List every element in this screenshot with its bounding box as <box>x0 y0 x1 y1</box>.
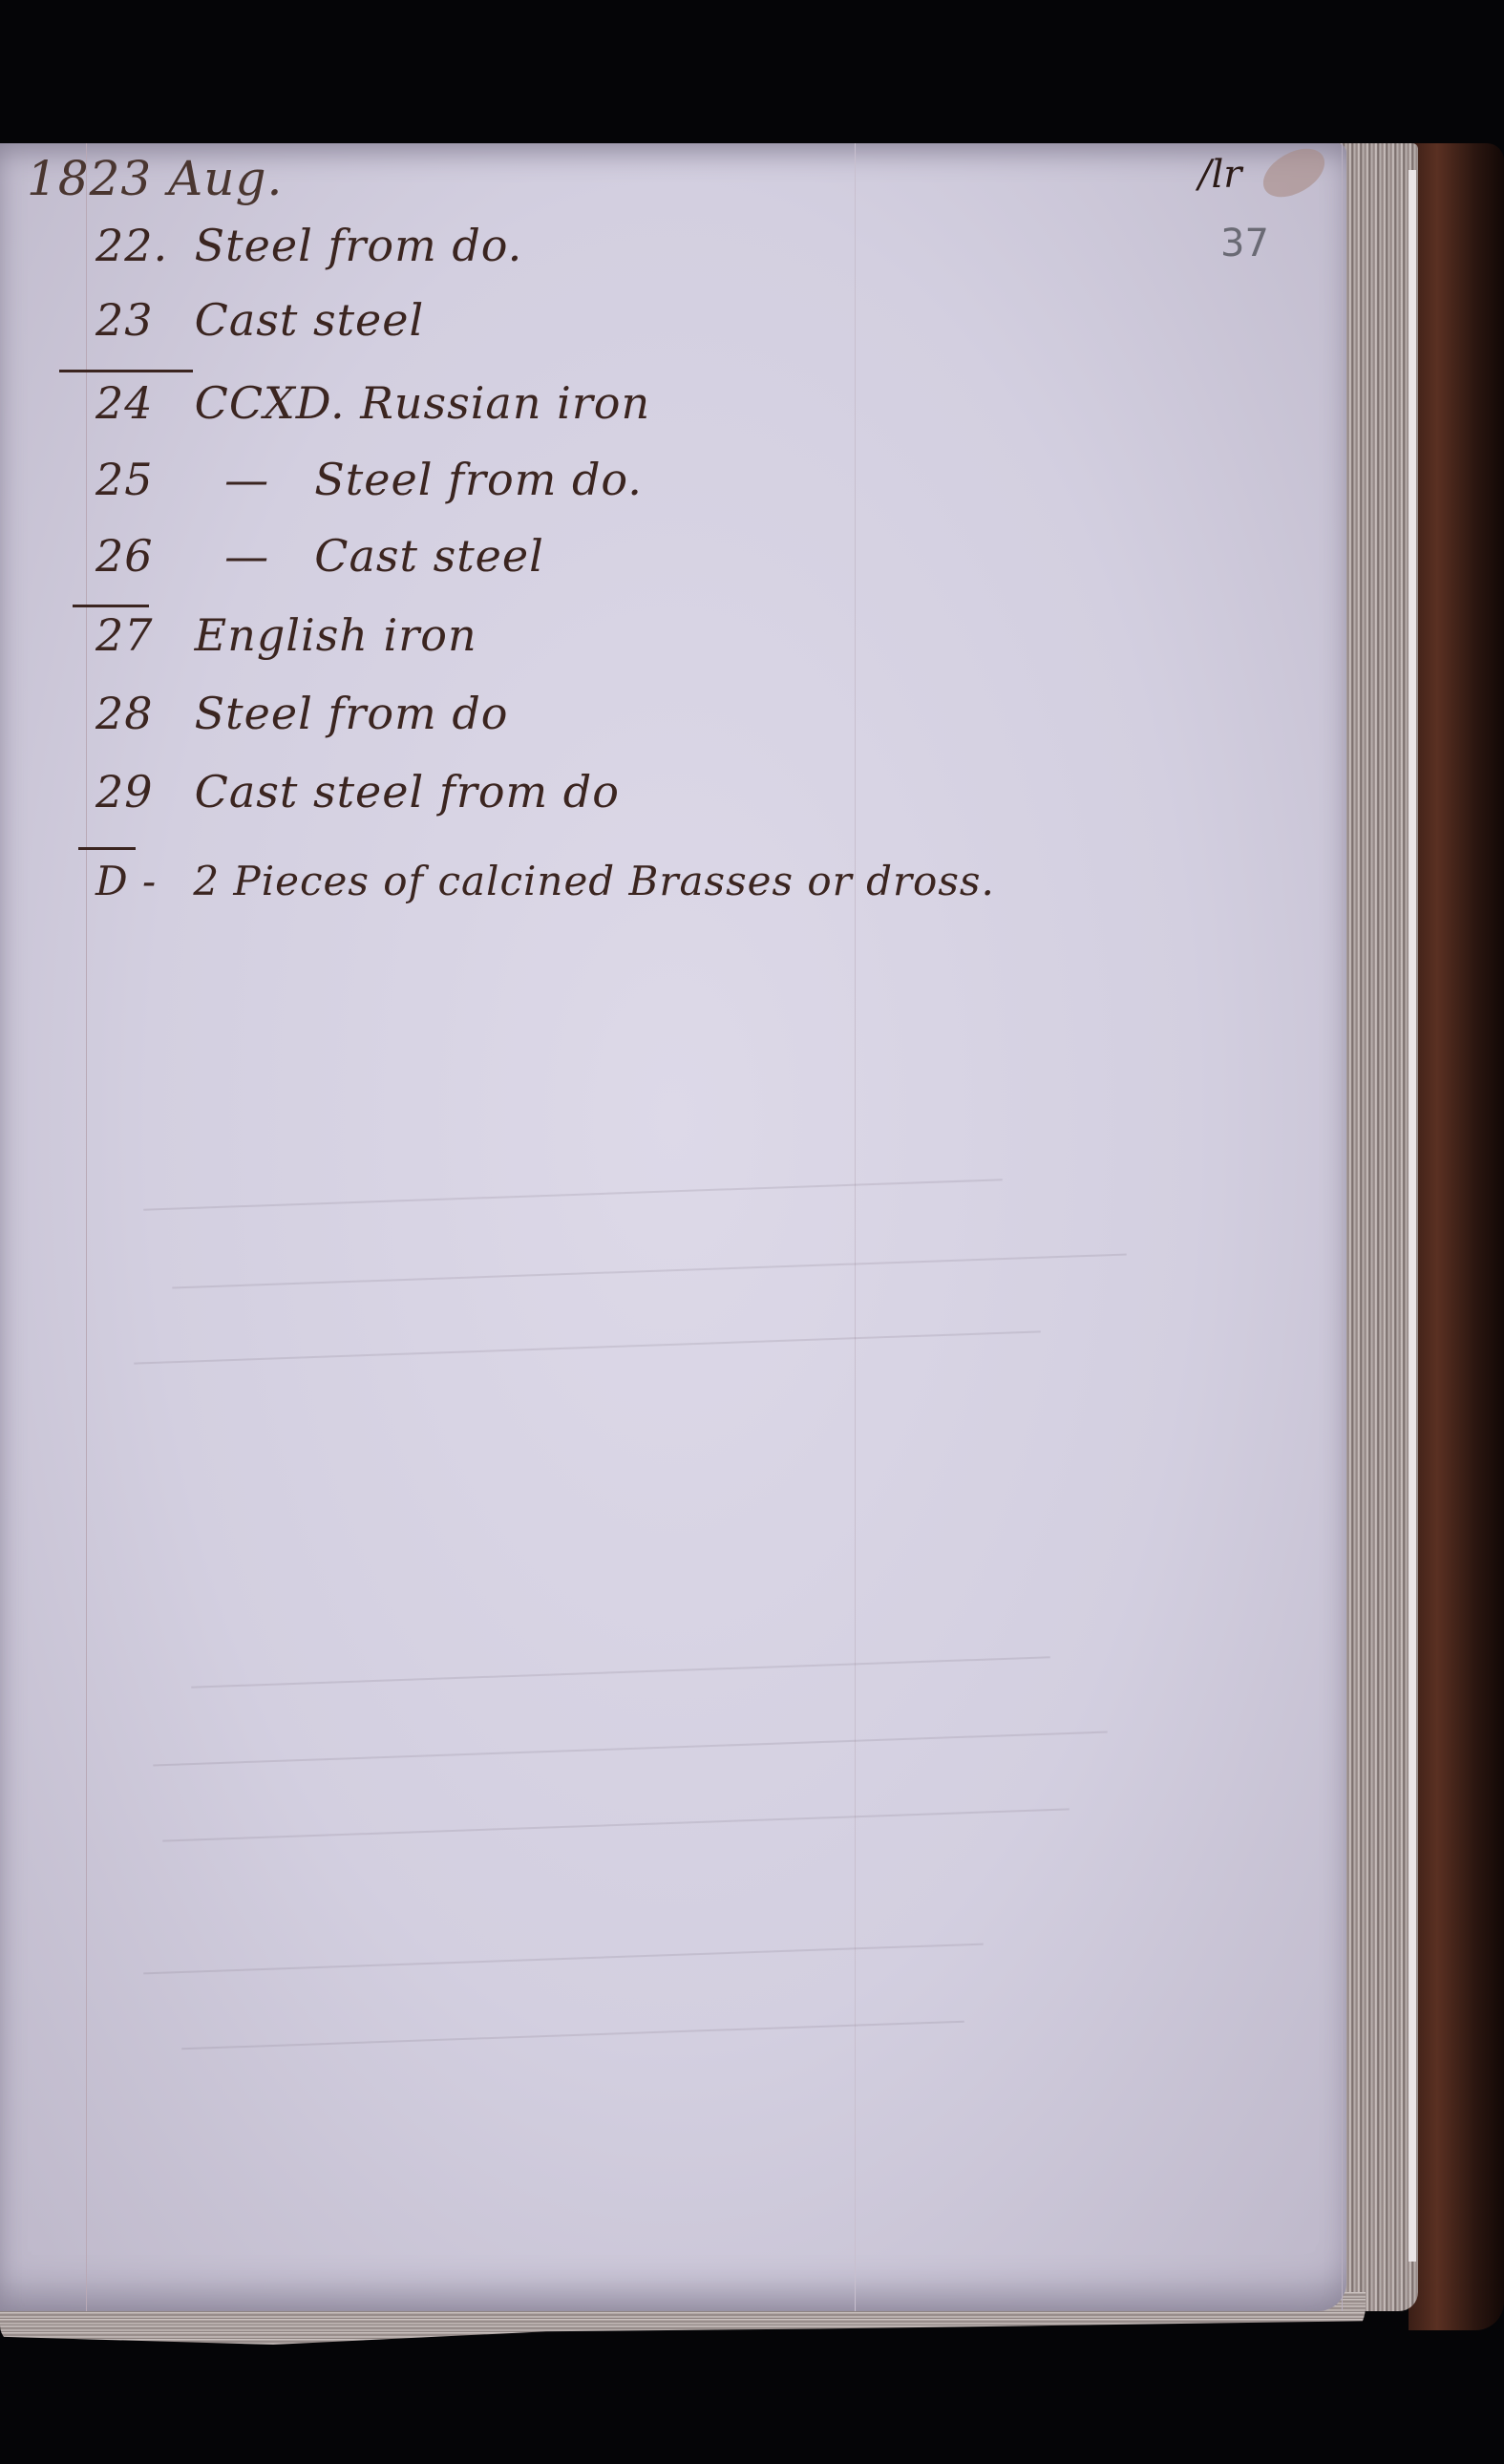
section-rule <box>73 605 149 607</box>
bleed-through <box>162 1808 1069 1841</box>
entry-number: 26 <box>95 530 180 582</box>
ledger-entry: 24 CCXD. Russian iron <box>95 377 650 429</box>
right-rule-line <box>1342 143 1343 2311</box>
entry-text: Steel from do. <box>195 220 523 271</box>
entry-number: 23 <box>95 294 180 346</box>
entry-text: Cast steel from do <box>195 766 620 818</box>
entry-number: D - <box>95 858 180 904</box>
entry-text: 2 Pieces of calcined Brasses or dross. <box>193 858 994 904</box>
ink-smudge <box>1255 138 1333 206</box>
ledger-entry: 29 Cast steel from do <box>95 766 620 818</box>
bleed-through <box>172 1254 1126 1289</box>
ditto-dash: — <box>195 454 300 505</box>
margin-rule-line <box>86 143 87 2311</box>
ledger-entry: 25 — Steel from do. <box>95 454 643 505</box>
page-edges-right <box>1337 143 1418 2311</box>
entry-number: 29 <box>95 766 180 818</box>
bleed-through <box>143 1179 1003 1210</box>
loose-leaf-edge <box>1409 170 1416 2262</box>
ledger-entry: 27 English iron <box>95 609 477 661</box>
ledger-entry: 23 Cast steel <box>95 294 424 346</box>
header-date: 1823 Aug. <box>27 151 283 206</box>
entry-number: 28 <box>95 688 180 739</box>
bleed-through <box>143 1944 984 1975</box>
book: 1823 Aug. /lr 37 22. Steel from do. 23 C… <box>0 0 1504 2464</box>
manuscript-page: 1823 Aug. /lr 37 22. Steel from do. 23 C… <box>0 143 1346 2311</box>
ledger-entry: D - 2 Pieces of calcined Brasses or dros… <box>95 858 995 904</box>
ledger-entry: 22. Steel from do. <box>95 220 522 271</box>
entry-text: English iron <box>195 609 477 661</box>
ledger-entry: 26 — Cast steel <box>95 530 544 582</box>
entry-text: CCXD. Russian iron <box>195 377 651 429</box>
section-rule <box>59 370 193 372</box>
ditto-dash: — <box>195 530 300 582</box>
bleed-through <box>191 1656 1050 1688</box>
center-rule-line <box>855 143 856 2311</box>
bleed-through <box>153 1731 1107 1767</box>
bleed-through <box>134 1330 1040 1364</box>
entry-number: 22. <box>95 220 180 271</box>
entry-text: Cast steel <box>195 294 425 346</box>
entry-text: Steel from do <box>195 688 509 739</box>
entry-text: Cast steel <box>314 530 544 582</box>
book-cover-spine <box>1409 143 1504 2330</box>
entry-number: 25 <box>95 454 180 505</box>
bleed-through <box>181 2021 964 2050</box>
ledger-entry: 28 Steel from do <box>95 688 509 739</box>
entry-number: 27 <box>95 609 180 661</box>
folio-mark: /lr <box>1198 153 1241 197</box>
entry-number: 24 <box>95 377 180 429</box>
page-number: 37 <box>1220 222 1269 266</box>
section-rule <box>78 847 136 850</box>
entry-text: Steel from do. <box>314 454 643 505</box>
